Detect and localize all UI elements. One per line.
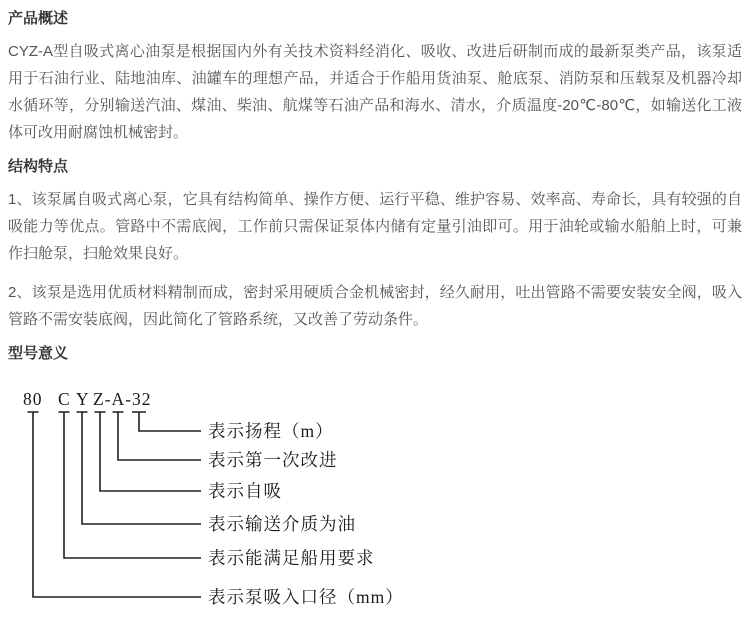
part-label-inlet-diameter: 表示泵吸入口径（mm） [208, 587, 404, 607]
part-label-head: 表示扬程（m） [208, 421, 334, 441]
part-label-first-improvement: 表示第一次改进 [208, 450, 338, 470]
part-label-marine-use: 表示能满足船用要求 [208, 548, 375, 568]
connector-line-inlet-diameter [28, 412, 202, 597]
product-document: 产品概述 CYZ-A型自吸式离心油泵是根据国内外有关技术资料经消化、吸收、改进后… [0, 0, 750, 618]
model-code-segment-ZA32: Z-A-32 [93, 389, 151, 409]
structure-feature-paragraph-2: 2、该泵是选用优质材料精制而成，密封采用硬质合金机械密封，经久耐用，吐出管路不需… [8, 279, 742, 333]
part-label-oil-medium: 表示输送介质为油 [208, 514, 356, 534]
model-code-diagram-canvas: 80 C Y Z-A-32 表示扬程（m） 表示第一次改进 表示自吸 表示输送介… [8, 373, 742, 613]
product-overview-paragraph: CYZ-A型自吸式离心油泵是根据国内外有关技术资料经消化、吸收、改进后研制而成的… [8, 38, 742, 146]
connector-line-self-priming [95, 412, 202, 491]
connector-line-first-improvement [113, 412, 202, 460]
model-meaning-diagram: 80 C Y Z-A-32 表示扬程（m） 表示第一次改进 表示自吸 表示输送介… [8, 373, 742, 618]
model-code-segment-Y: Y [76, 389, 90, 409]
section-heading-model-meaning: 型号意义 [8, 345, 742, 363]
structure-feature-paragraph-1: 1、该泵属自吸式离心泵，它具有结构简单、操作方便、运行平稳、维护容易、效率高、寿… [8, 186, 742, 267]
connector-line-head [132, 412, 201, 431]
model-code-segment-C: C [58, 389, 71, 409]
section-heading-product-overview: 产品概述 [8, 10, 742, 28]
connector-line-marine-use [59, 412, 202, 558]
part-label-self-priming: 表示自吸 [208, 481, 282, 501]
model-code-segment-80: 80 [23, 389, 43, 409]
section-heading-structure-features: 结构特点 [8, 158, 742, 176]
